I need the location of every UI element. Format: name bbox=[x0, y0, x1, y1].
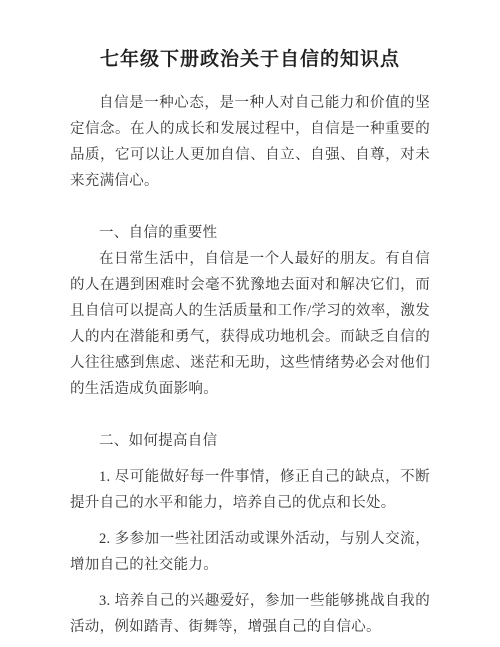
section-2-item-2: 2. 多参加一些社团活动或课外活动，与别人交流，增加自己的社交能力。 bbox=[70, 526, 430, 578]
section-1-heading: 一、自信的重要性 bbox=[70, 220, 430, 246]
intro-paragraph: 自信是一种心态，是一种人对自己能力和价值的坚定信念。在人的成长和发展过程中，自信… bbox=[70, 90, 430, 194]
section-2-item-1: 1. 尽可能做好每一件事情，修正自己的缺点，不断提升自己的水平和能力，培养自己的… bbox=[70, 464, 430, 516]
section-1-paragraph: 在日常生活中，自信是一个人最好的朋友。有自信的人在遇到困难时会毫不犹豫地去面对和… bbox=[70, 246, 430, 402]
document-title: 七年级下册政治关于自信的知识点 bbox=[70, 46, 430, 74]
section-2-item-3: 3. 培养自己的兴趣爱好，参加一些能够挑战自我的活动，例如踏青、街舞等，增强自己… bbox=[70, 588, 430, 640]
section-2-heading: 二、如何提高自信 bbox=[70, 428, 430, 454]
document-page: 七年级下册政治关于自信的知识点 自信是一种心态，是一种人对自己能力和价值的坚定信… bbox=[0, 0, 500, 647]
